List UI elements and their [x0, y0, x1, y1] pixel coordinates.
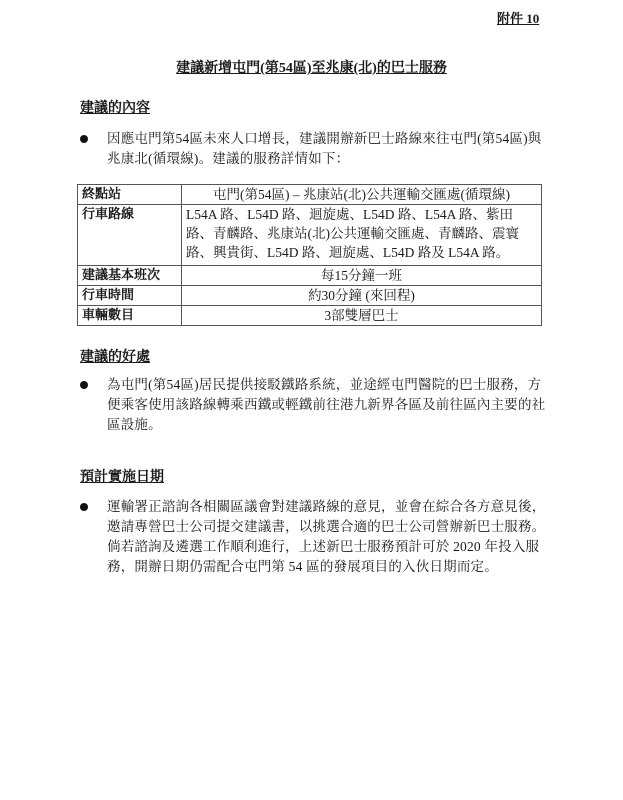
row-label: 行車時間: [78, 286, 182, 306]
row-value: 3部雙層巴士: [182, 306, 542, 326]
section-heading-schedule: 預計實施日期: [80, 466, 164, 486]
row-label: 行車路線: [78, 205, 182, 266]
row-value: L54A 路、L54D 路、迴旋處、L54D 路、L54A 路、紫田路、青麟路、…: [182, 205, 542, 266]
bullet-proposal: 因應屯門第54區未來人口增長，建議開辦新巴士路線來往屯門(第54區)與兆康北(循…: [80, 129, 550, 169]
bullet-text: 因應屯門第54區未來人口增長，建議開辦新巴士路線來往屯門(第54區)與兆康北(循…: [107, 129, 550, 169]
bullet-text: 運輸署正諮詢各相關區議會對建議路線的意見，並會在綜合各方意見後，邀請專營巴士公司…: [107, 497, 550, 577]
bullet-icon: [80, 381, 88, 389]
bullet-benefits: 為屯門(第54區)居民提供接駁鐵路系統，並途經屯門醫院的巴士服務，方便乘客使用該…: [80, 375, 550, 435]
row-label: 終點站: [78, 185, 182, 205]
table-row: 行車時間 約30分鐘 (來回程): [78, 286, 542, 306]
section-heading-benefits: 建議的好處: [80, 346, 150, 366]
row-value: 屯門(第54區) – 兆康站(北)公共運輸交匯處(循環線): [182, 185, 542, 205]
row-value: 每15分鐘一班: [182, 266, 542, 286]
row-value: 約30分鐘 (來回程): [182, 286, 542, 306]
table-row: 終點站 屯門(第54區) – 兆康站(北)公共運輸交匯處(循環線): [78, 185, 542, 205]
document-title: 建議新增屯門(第54區)至兆康(北)的巴士服務: [0, 57, 623, 77]
service-details-table: 終點站 屯門(第54區) – 兆康站(北)公共運輸交匯處(循環線) 行車路線 L…: [77, 184, 542, 326]
bullet-icon: [80, 135, 88, 143]
bullet-text: 為屯門(第54區)居民提供接駁鐵路系統，並途經屯門醫院的巴士服務，方便乘客使用該…: [107, 375, 550, 435]
table-row: 車輛數目 3部雙層巴士: [78, 306, 542, 326]
section-heading-proposal: 建議的內容: [80, 97, 150, 117]
table-row: 建議基本班次 每15分鐘一班: [78, 266, 542, 286]
row-label: 建議基本班次: [78, 266, 182, 286]
table-row: 行車路線 L54A 路、L54D 路、迴旋處、L54D 路、L54A 路、紫田路…: [78, 205, 542, 266]
row-label: 車輛數目: [78, 306, 182, 326]
bullet-schedule: 運輸署正諮詢各相關區議會對建議路線的意見，並會在綜合各方意見後，邀請專營巴士公司…: [80, 497, 550, 577]
annex-label: 附件 10: [497, 8, 539, 27]
bullet-icon: [80, 503, 88, 511]
